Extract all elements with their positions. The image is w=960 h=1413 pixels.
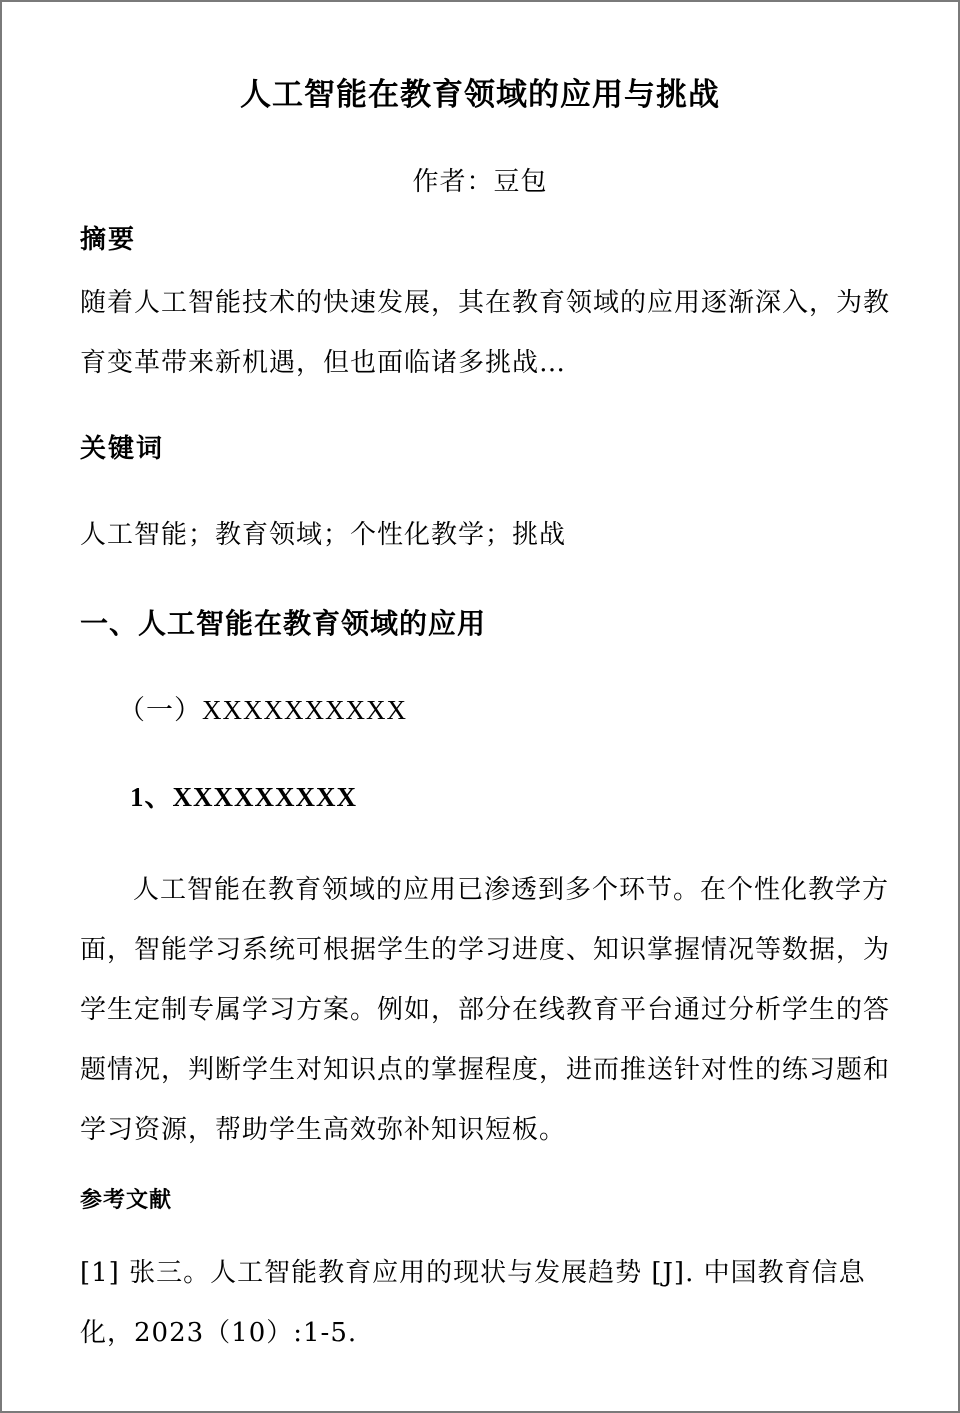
abstract-label: 摘要 (80, 224, 136, 256)
section-heading-level2: （一）XXXXXXXXXX (118, 693, 407, 727)
document-page: 人工智能在教育领域的应用与挑战 作者：豆包 摘要 随着人工智能技术的快速发展，其… (0, 0, 960, 1413)
keywords-label: 关键词 (80, 433, 164, 465)
body-line: 题情况，判断学生对知识点的掌握程度，进而推送针对性的练习题和 (80, 1040, 890, 1100)
body-line: 人工智能在教育领域的应用已渗透到多个环节。在个性化教学方 (80, 860, 890, 920)
body-line: 学生定制专属学习方案。例如，部分在线教育平台通过分析学生的答 (80, 980, 890, 1040)
keywords-text: 人工智能；教育领域；个性化教学；挑战 (80, 519, 566, 551)
abstract-line: 育变革带来新机遇，但也面临诸多挑战… (80, 333, 886, 393)
body-paragraph: 人工智能在教育领域的应用已渗透到多个环节。在个性化教学方 面，智能学习系统可根据… (80, 860, 890, 1160)
reference-line: 化，2023（10）:1-5. (80, 1303, 890, 1363)
document-title: 人工智能在教育领域的应用与挑战 (2, 76, 958, 114)
body-line: 学习资源，帮助学生高效弥补知识短板。 (80, 1100, 890, 1160)
reference-entry: [1] 张三。人工智能教育应用的现状与发展趋势 [J]. 中国教育信息 化，20… (80, 1243, 890, 1363)
section-heading-level3: 1、XXXXXXXXX (130, 780, 357, 814)
abstract-paragraph: 随着人工智能技术的快速发展，其在教育领域的应用逐渐深入，为教 育变革带来新机遇，… (80, 273, 886, 393)
body-line: 面，智能学习系统可根据学生的学习进度、知识掌握情况等数据，为 (80, 920, 890, 980)
reference-line: [1] 张三。人工智能教育应用的现状与发展趋势 [J]. 中国教育信息 (80, 1243, 890, 1303)
abstract-line: 随着人工智能技术的快速发展，其在教育领域的应用逐渐深入，为教 (80, 273, 886, 333)
author-line: 作者：豆包 (2, 166, 958, 198)
references-label: 参考文献 (80, 1186, 172, 1214)
section-heading-level1: 一、人工智能在教育领域的应用 (80, 607, 486, 641)
